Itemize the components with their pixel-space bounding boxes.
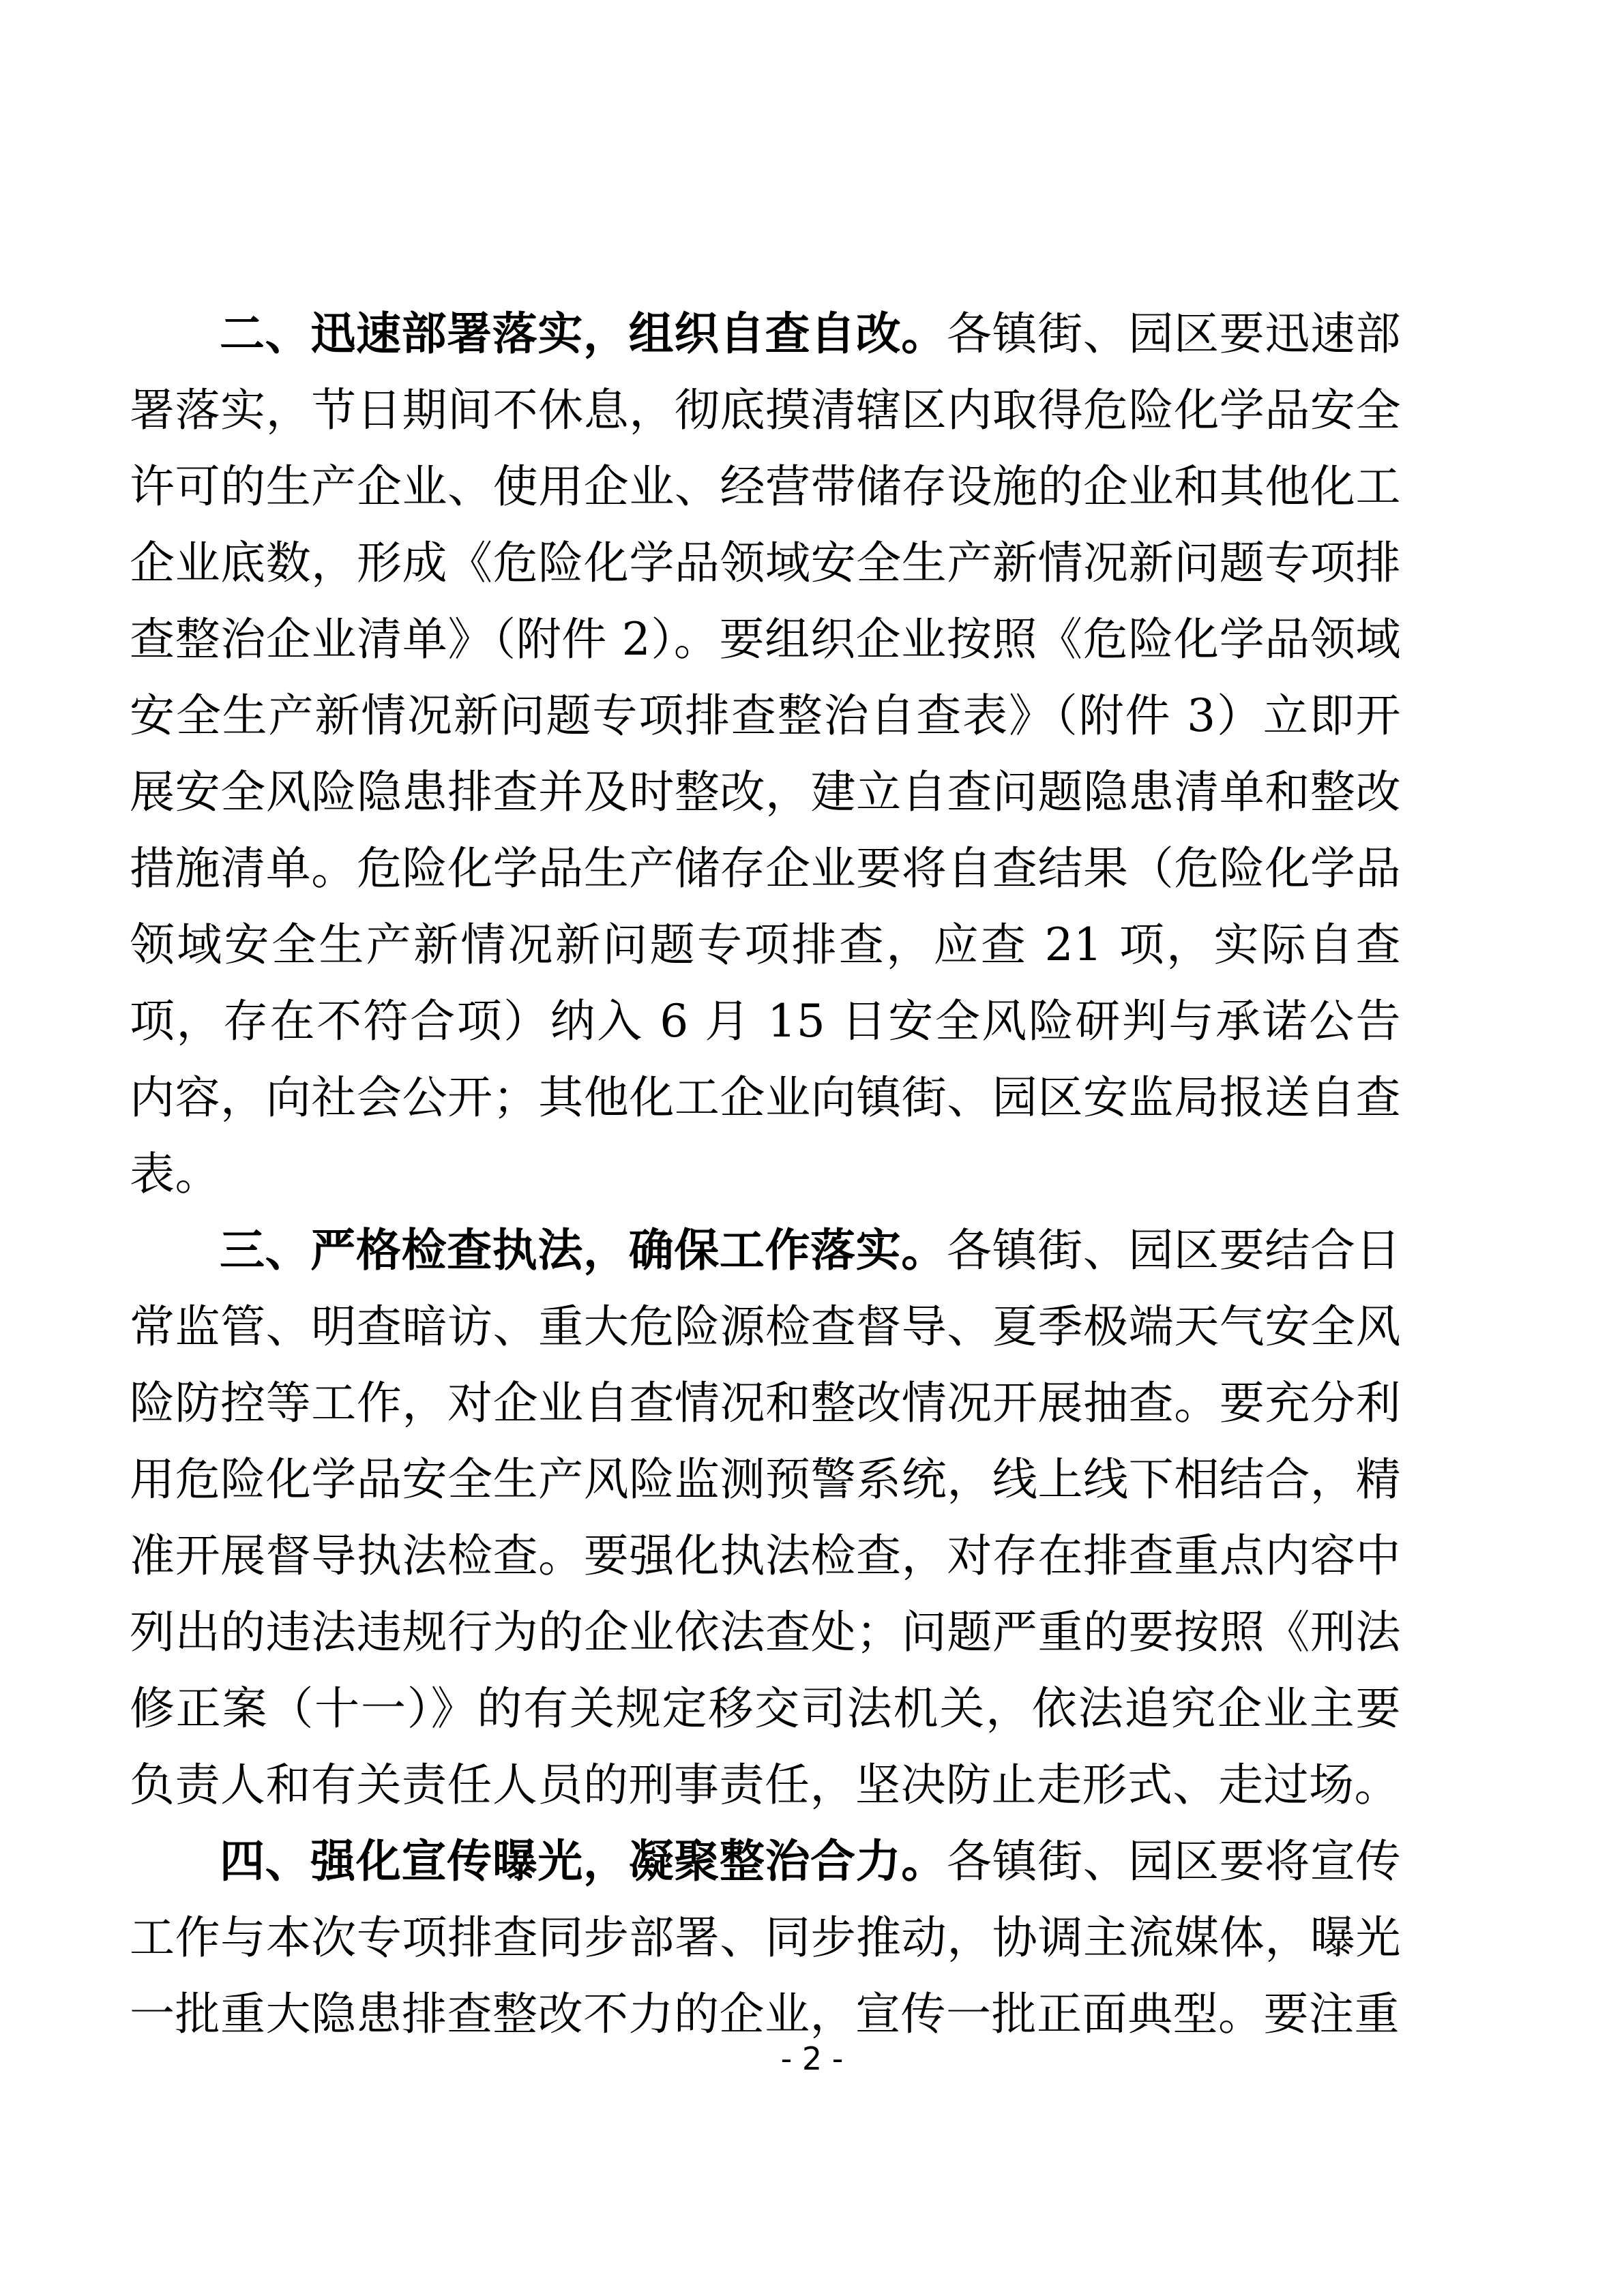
paragraph-section-2: 二、迅速部署落实，组织自查自改。各镇街、园区要迅速部署落实，节日期间不休息，彻底… [130,296,1401,1212]
document-page: 二、迅速部署落实，组织自查自改。各镇街、园区要迅速部署落实，节日期间不休息，彻底… [0,0,1624,2296]
document-body: 二、迅速部署落实，组织自查自改。各镇街、园区要迅速部署落实，节日期间不休息，彻底… [130,296,1401,2053]
paragraph-section-4: 四、强化宣传曝光，凝聚整治合力。各镇街、园区要将宣传工作与本次专项排查同步部署、… [130,1823,1401,2053]
paragraph-text: 各镇街、园区要结合日常监管、明查暗访、重大危险源检查督导、夏季极端天气安全风险防… [130,1224,1401,1811]
paragraph-text: 各镇街、园区要迅速部署落实，节日期间不休息，彻底摸清辖区内取得危险化学品安全许可… [130,308,1401,1200]
paragraph-section-3: 三、严格检查执法，确保工作落实。各镇街、园区要结合日常监管、明查暗访、重大危险源… [130,1212,1401,1823]
paragraph-lead: 三、严格检查执法，确保工作落实。 [220,1224,947,1277]
paragraph-lead: 二、迅速部署落实，组织自查自改。 [220,308,947,360]
paragraph-lead: 四、强化宣传曝光，凝聚整治合力。 [220,1835,947,1888]
page-number: - 2 - [0,2038,1624,2080]
